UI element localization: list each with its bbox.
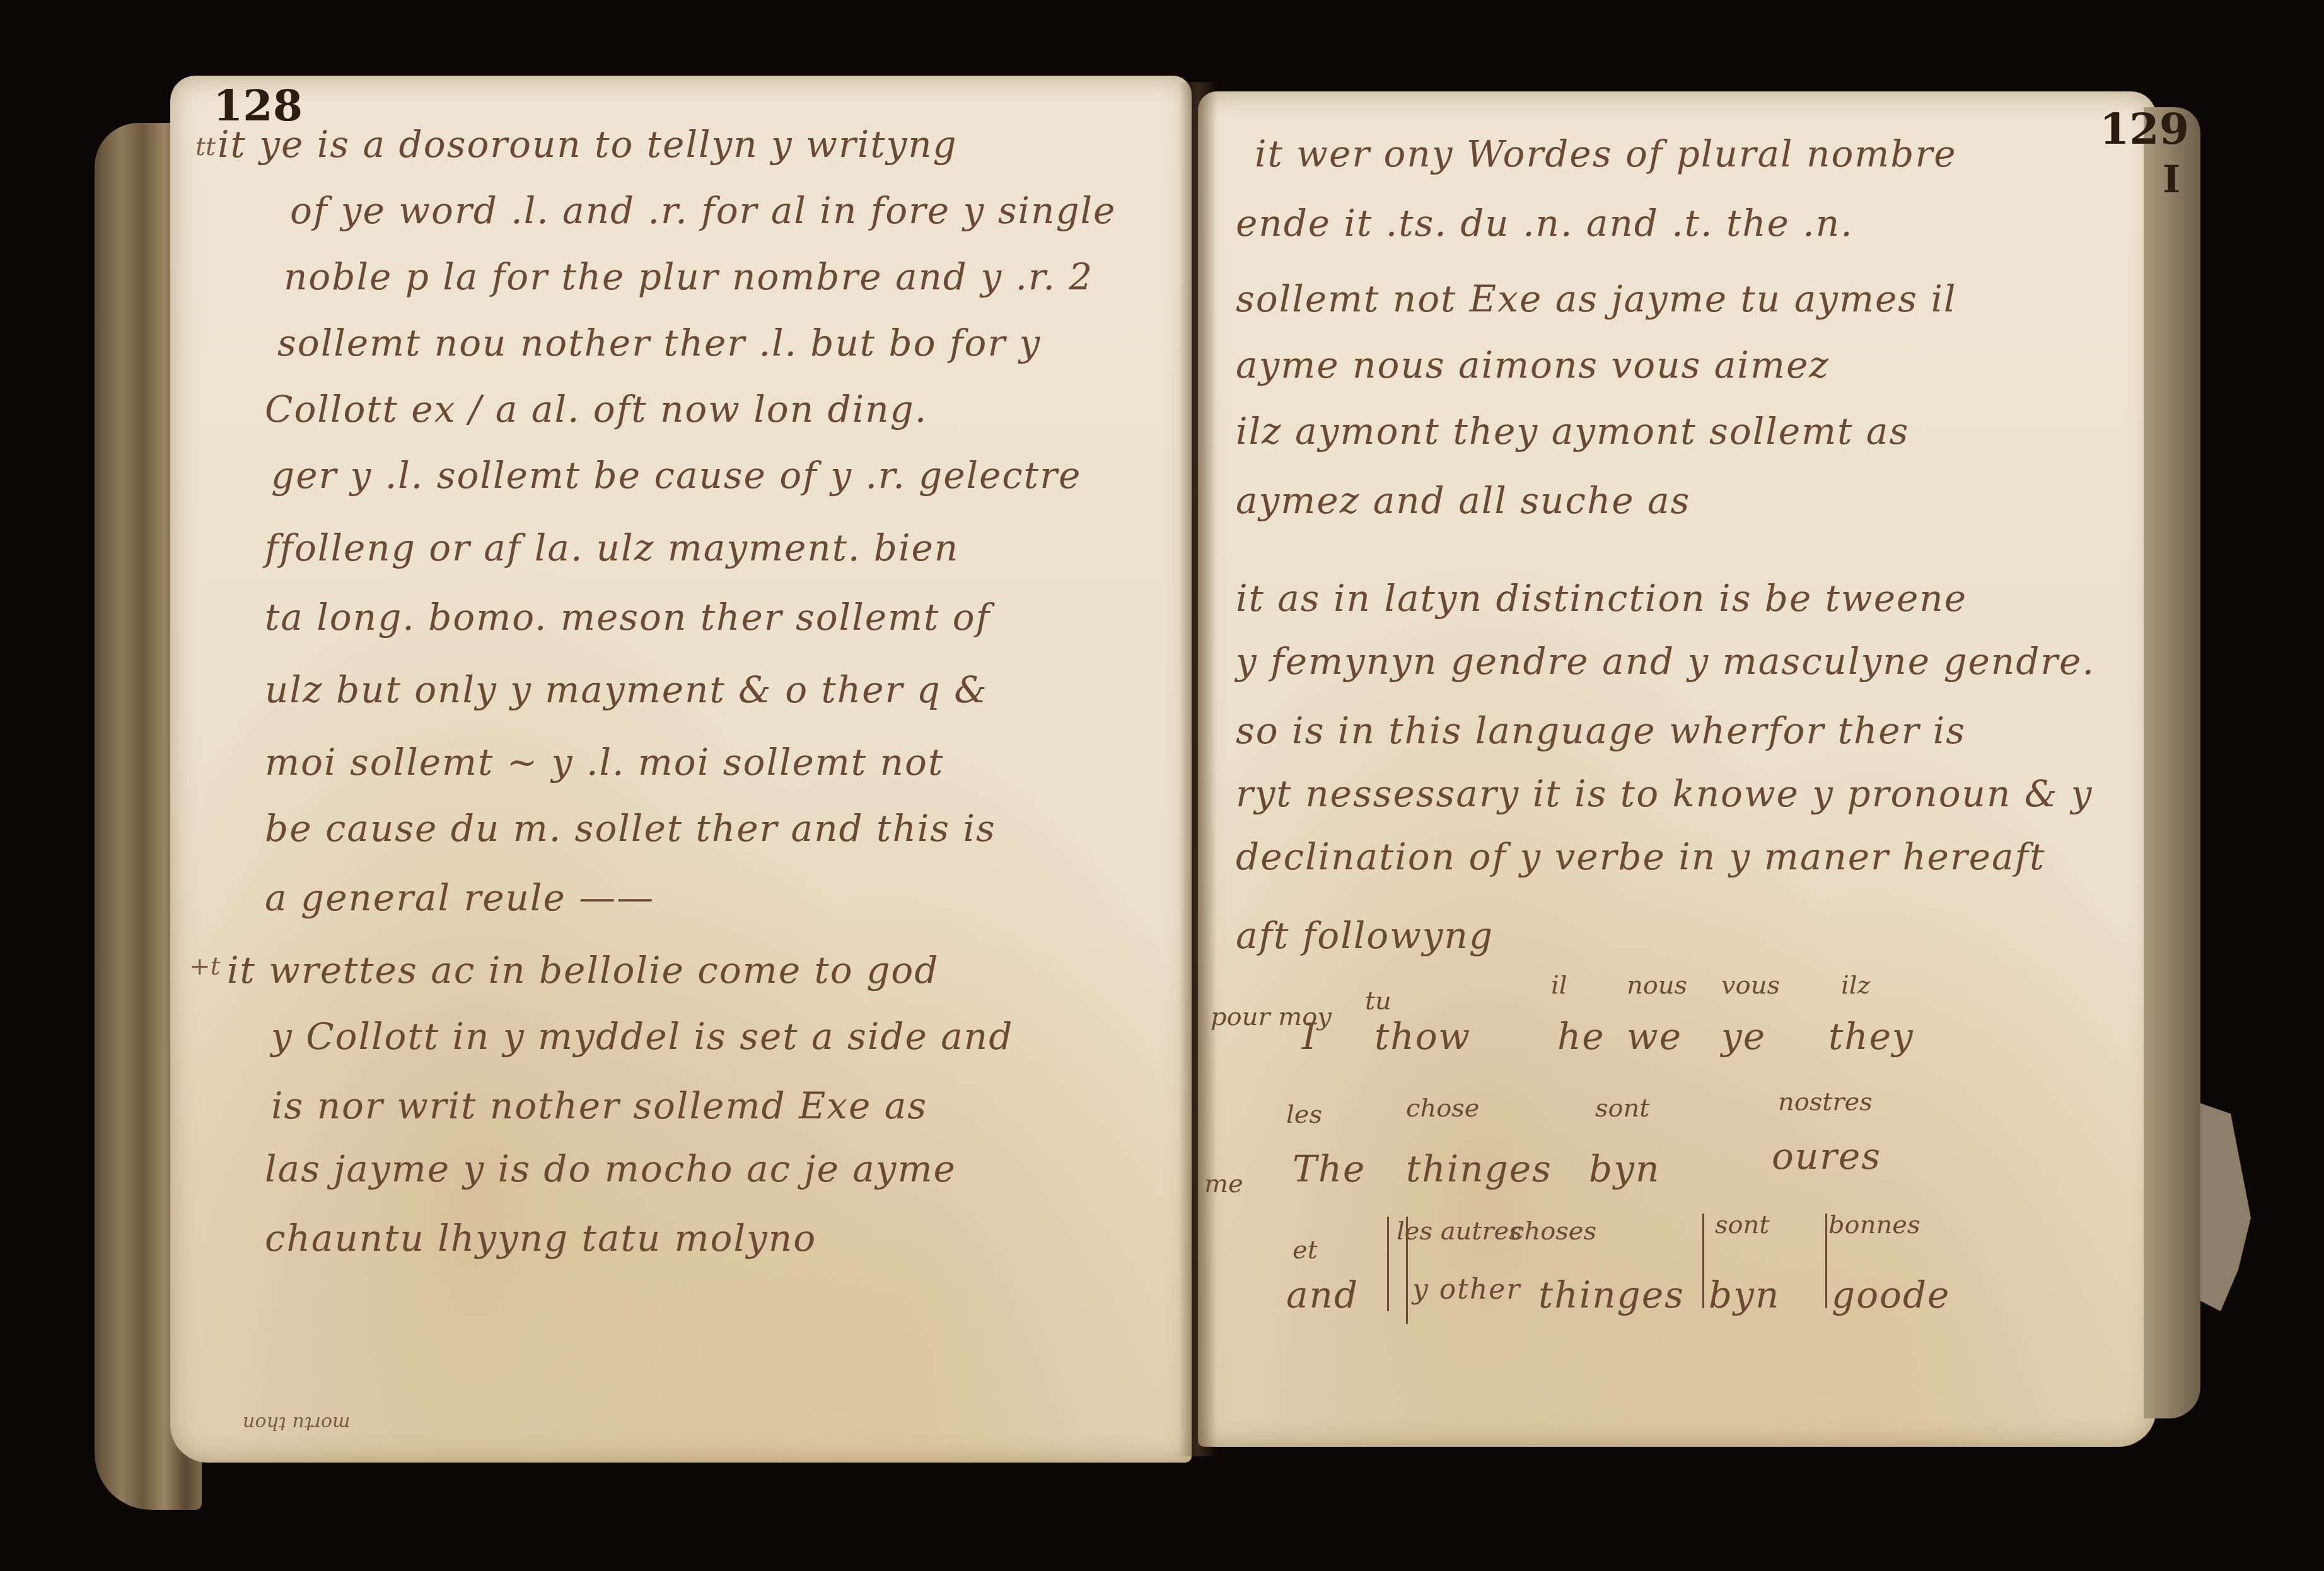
gloss: nous [1627,971,1687,1000]
gloss: bonnes [1828,1210,1920,1239]
text-line: y femynyn gendre and y masculyne gendre. [1236,640,2095,683]
margin-note: +t [189,952,221,981]
text-line: it as in latyn distinction is be tweene [1236,577,1967,620]
text-line: be cause du m. sollet ther and this is [265,807,996,850]
table-cell: thinges [1406,1147,1552,1190]
gutter [1179,82,1217,1456]
table-cell: byn [1709,1273,1780,1316]
text-line: noble p la for the plur nombre and y .r.… [284,255,1093,298]
text-line: las jayme y is do mocho ac je ayme [265,1147,956,1190]
table-cell: thow [1374,1015,1471,1058]
gloss: nostres [1778,1087,1873,1116]
gloss: sont [1595,1094,1649,1123]
table-cell: ye [1721,1015,1766,1058]
table-cell: byn [1589,1147,1660,1190]
text-line: it wer ony Wordes of plural nombre [1255,132,1956,175]
text-line: ayme nous aimons vous aimez [1236,344,1830,386]
text-line: ryt nessessary it is to knowe y pronoun … [1236,772,2093,815]
text-line: Collott ex / a al. oft now lon ding. [265,388,927,431]
bottom-scribble: mortu thon [243,1412,351,1434]
gloss: ilz [1841,971,1871,1000]
table-cell: he [1557,1015,1605,1058]
text-line: ffolleng or af la. ulz mayment. bien [265,526,959,569]
text-line: so is in this language wherfor ther is [1236,709,1966,752]
table-cell: and [1286,1273,1359,1316]
table-cell: The [1293,1147,1366,1190]
table-cell: we [1627,1015,1682,1058]
text-line: ilz aymont they aymont sollemt as [1236,410,1909,453]
text-line: moi sollemt ~ y .l. moi sollemt not [265,741,944,784]
table-cell: they [1828,1015,1914,1058]
gloss: chose [1406,1094,1479,1123]
text-line: ta long. bomo. meson ther sollemt of [265,596,991,639]
text-line: ulz but only y mayment & o ther q & [265,668,988,711]
table-cell: I [1302,1015,1318,1058]
column-rule [1825,1214,1827,1308]
text-line: sollemt nou nother ther .l. but bo for y [277,322,1041,364]
torn-page-fragment [2200,1103,2251,1311]
table-cell: y other [1412,1273,1521,1306]
table-cell: oures [1772,1135,1881,1178]
gloss: vous [1721,971,1780,1000]
column-rule [1702,1214,1704,1308]
gloss: les autres [1397,1217,1522,1246]
gloss: sont [1715,1210,1769,1239]
text-line: ende it .ts. du .n. and .t. the .n. [1236,202,1854,245]
text-line: aymez and all suche as [1236,479,1690,522]
signature-mark: I [2163,158,2180,202]
text-line: a general reule —— [265,876,654,919]
manuscript-photo: 128 129 I tt +t it ye is a dosoroun to t… [0,0,2324,1571]
text-line: declination of y verbe in y maner hereaf… [1236,835,2045,878]
text-line: it ye is a dosoroun to tellyn y writyng [218,123,958,166]
gloss: me [1204,1169,1243,1198]
folio-number-right: 129 [2100,104,2189,154]
gloss: et [1293,1236,1318,1265]
gloss: il [1551,971,1567,1000]
column-rule [1387,1217,1389,1311]
table-cell: goode [1832,1273,1950,1316]
text-line: of ye word .l. and .r. for al in fore y … [290,189,1116,232]
gloss: les [1286,1100,1322,1129]
column-rule [1406,1217,1408,1324]
margin-note: tt [195,132,216,161]
text-line: is nor writ nother sollemd Exe as [271,1084,927,1127]
gloss: tu [1365,987,1391,1016]
right-text-block-edge [2144,107,2200,1418]
text-line: it wrettes ac in bellolie come to god [227,949,939,992]
table-cell: thinges [1538,1273,1685,1316]
text-line: y Collott in y myddel is set a side and [271,1015,1013,1058]
gloss: choses [1510,1217,1596,1246]
text-line: aft followyng [1236,914,1494,957]
text-line: ger y .l. sollemt be cause of y .r. gele… [271,454,1081,497]
text-line: sollemt not Exe as jayme tu aymes il [1236,277,1957,320]
text-line: chauntu lhyyng tatu molyno [265,1217,816,1260]
